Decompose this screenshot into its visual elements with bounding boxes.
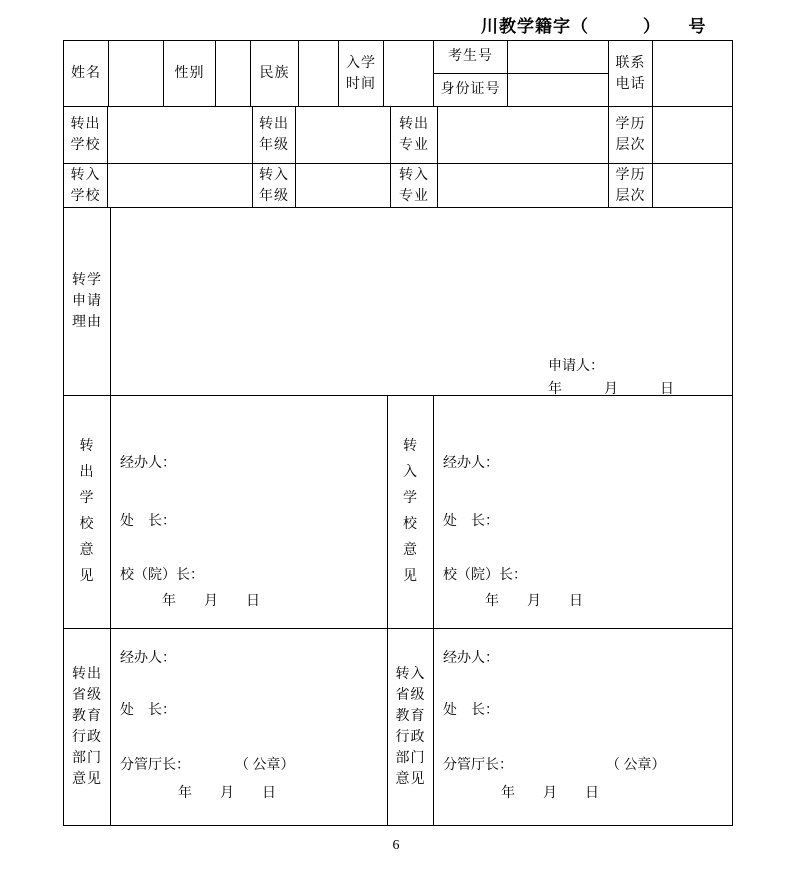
out-major-value-cell xyxy=(438,107,609,163)
in-school-handler-label: 经办人： xyxy=(443,454,732,474)
out-grade-label: 转出 年级 xyxy=(253,107,296,163)
in-major-value-cell xyxy=(438,164,609,207)
transfer-in-row: 转入 学校 转入 年级 转入 专业 学历 层次 xyxy=(64,164,732,208)
in-school-opinion-label: 转 入 学 校 意 见 xyxy=(388,396,434,628)
id-card-row: 身份证号 xyxy=(434,74,608,107)
reason-content-cell: 申请人： 年 月 日 xyxy=(111,208,732,395)
out-school-value-cell xyxy=(108,107,253,163)
ethnicity-label: 民族 xyxy=(251,41,299,106)
name-value-cell xyxy=(109,41,164,106)
in-provincial-handler-label: 经办人： xyxy=(443,649,732,669)
in-school-label: 转入 学校 xyxy=(64,164,108,207)
candidate-no-value-cell xyxy=(508,41,608,73)
in-school-value-cell xyxy=(108,164,253,207)
in-level-value-cell xyxy=(653,164,732,207)
out-school-opinion-cell: 经办人： 处 长： 校（院）长： 年 月 日 xyxy=(111,396,388,628)
out-provincial-chief-label: 分管厅长： xyxy=(120,758,190,773)
name-label: 姓名 xyxy=(64,41,109,106)
out-major-label: 转出 专业 xyxy=(391,107,438,163)
out-provincial-seal-label: （ 公章） xyxy=(242,758,295,773)
serial-number-line: 川教学籍字（ ） 号 xyxy=(481,12,707,37)
id-card-label: 身份证号 xyxy=(434,74,508,107)
out-provincial-handler-label: 经办人： xyxy=(120,649,387,669)
phone-value-cell xyxy=(653,41,732,106)
school-opinions-row: 转 出 学 校 意 见 经办人： 处 长： 校（院）长： 年 月 日 转 入 学… xyxy=(64,396,732,629)
gender-value-cell xyxy=(216,41,251,106)
applicant-label: 申请人： xyxy=(548,355,674,378)
in-school-date-line: 年 月 日 xyxy=(485,592,732,612)
out-school-president-label: 校（院）长： xyxy=(120,566,387,586)
in-provincial-seal-label: （ 公章） xyxy=(613,758,666,773)
out-school-date-line: 年 月 日 xyxy=(162,592,387,612)
out-level-value-cell xyxy=(653,107,732,163)
in-school-director-label: 处 长： xyxy=(443,512,732,532)
out-provincial-opinion-cell: 经办人： 处 长： 分管厅长：（ 公章） 年 月 日 xyxy=(111,629,388,825)
reason-label: 转学 申请 理由 xyxy=(64,208,111,395)
student-info-row: 姓名 性别 民族 入学 时间 考生号 身份证号 联系 电话 xyxy=(64,41,732,107)
page-number: 6 xyxy=(0,838,792,854)
in-provincial-opinion-cell: 经办人： 处 长： 分管厅长：（ 公章） 年 月 日 xyxy=(434,629,732,825)
in-school-president-label: 校（院）长： xyxy=(443,566,732,586)
applicant-signature-block: 申请人： 年 月 日 xyxy=(548,355,674,401)
in-major-label: 转入 专业 xyxy=(391,164,438,207)
out-school-director-label: 处 长： xyxy=(120,512,387,532)
in-school-opinion-cell: 经办人： 处 长： 校（院）长： 年 月 日 xyxy=(434,396,732,628)
out-provincial-date-line: 年 月 日 xyxy=(178,784,387,804)
in-provincial-chief-line: 分管厅长：（ 公章） xyxy=(443,756,732,776)
candidate-no-row: 考生号 xyxy=(434,41,608,74)
phone-label: 联系 电话 xyxy=(609,41,653,106)
candidate-no-label: 考生号 xyxy=(434,41,508,73)
in-grade-label: 转入 年级 xyxy=(253,164,296,207)
in-level-label: 学历 层次 xyxy=(609,164,653,207)
in-grade-value-cell xyxy=(296,164,391,207)
out-provincial-opinion-label: 转出 省级 教育 行政 部门 意见 xyxy=(64,629,111,825)
in-provincial-date-line: 年 月 日 xyxy=(501,784,732,804)
out-level-label: 学历 层次 xyxy=(609,107,653,163)
in-provincial-chief-label: 分管厅长： xyxy=(443,758,513,773)
in-provincial-opinion-label: 转入 省级 教育 行政 部门 意见 xyxy=(388,629,434,825)
out-school-handler-label: 经办人： xyxy=(120,454,387,474)
out-provincial-chief-line: 分管厅长：（ 公章） xyxy=(120,756,387,776)
ethnicity-value-cell xyxy=(299,41,339,106)
enrollment-time-label: 入学 时间 xyxy=(339,41,384,106)
in-provincial-director-label: 处 长： xyxy=(443,701,732,721)
gender-label: 性别 xyxy=(164,41,216,106)
id-card-value-cell xyxy=(508,74,608,107)
out-grade-value-cell xyxy=(296,107,391,163)
provincial-opinions-row: 转出 省级 教育 行政 部门 意见 经办人： 处 长： 分管厅长：（ 公章） 年… xyxy=(64,629,732,825)
transfer-form-table: 姓名 性别 民族 入学 时间 考生号 身份证号 联系 电话 xyxy=(63,40,733,826)
reason-row: 转学 申请 理由 申请人： 年 月 日 xyxy=(64,208,732,396)
transfer-out-row: 转出 学校 转出 年级 转出 专业 学历 层次 xyxy=(64,107,732,164)
enrollment-time-value-cell xyxy=(384,41,434,106)
id-numbers-block: 考生号 身份证号 xyxy=(434,41,609,106)
out-school-label: 转出 学校 xyxy=(64,107,108,163)
out-provincial-director-label: 处 长： xyxy=(120,701,387,721)
out-school-opinion-label: 转 出 学 校 意 见 xyxy=(64,396,111,628)
